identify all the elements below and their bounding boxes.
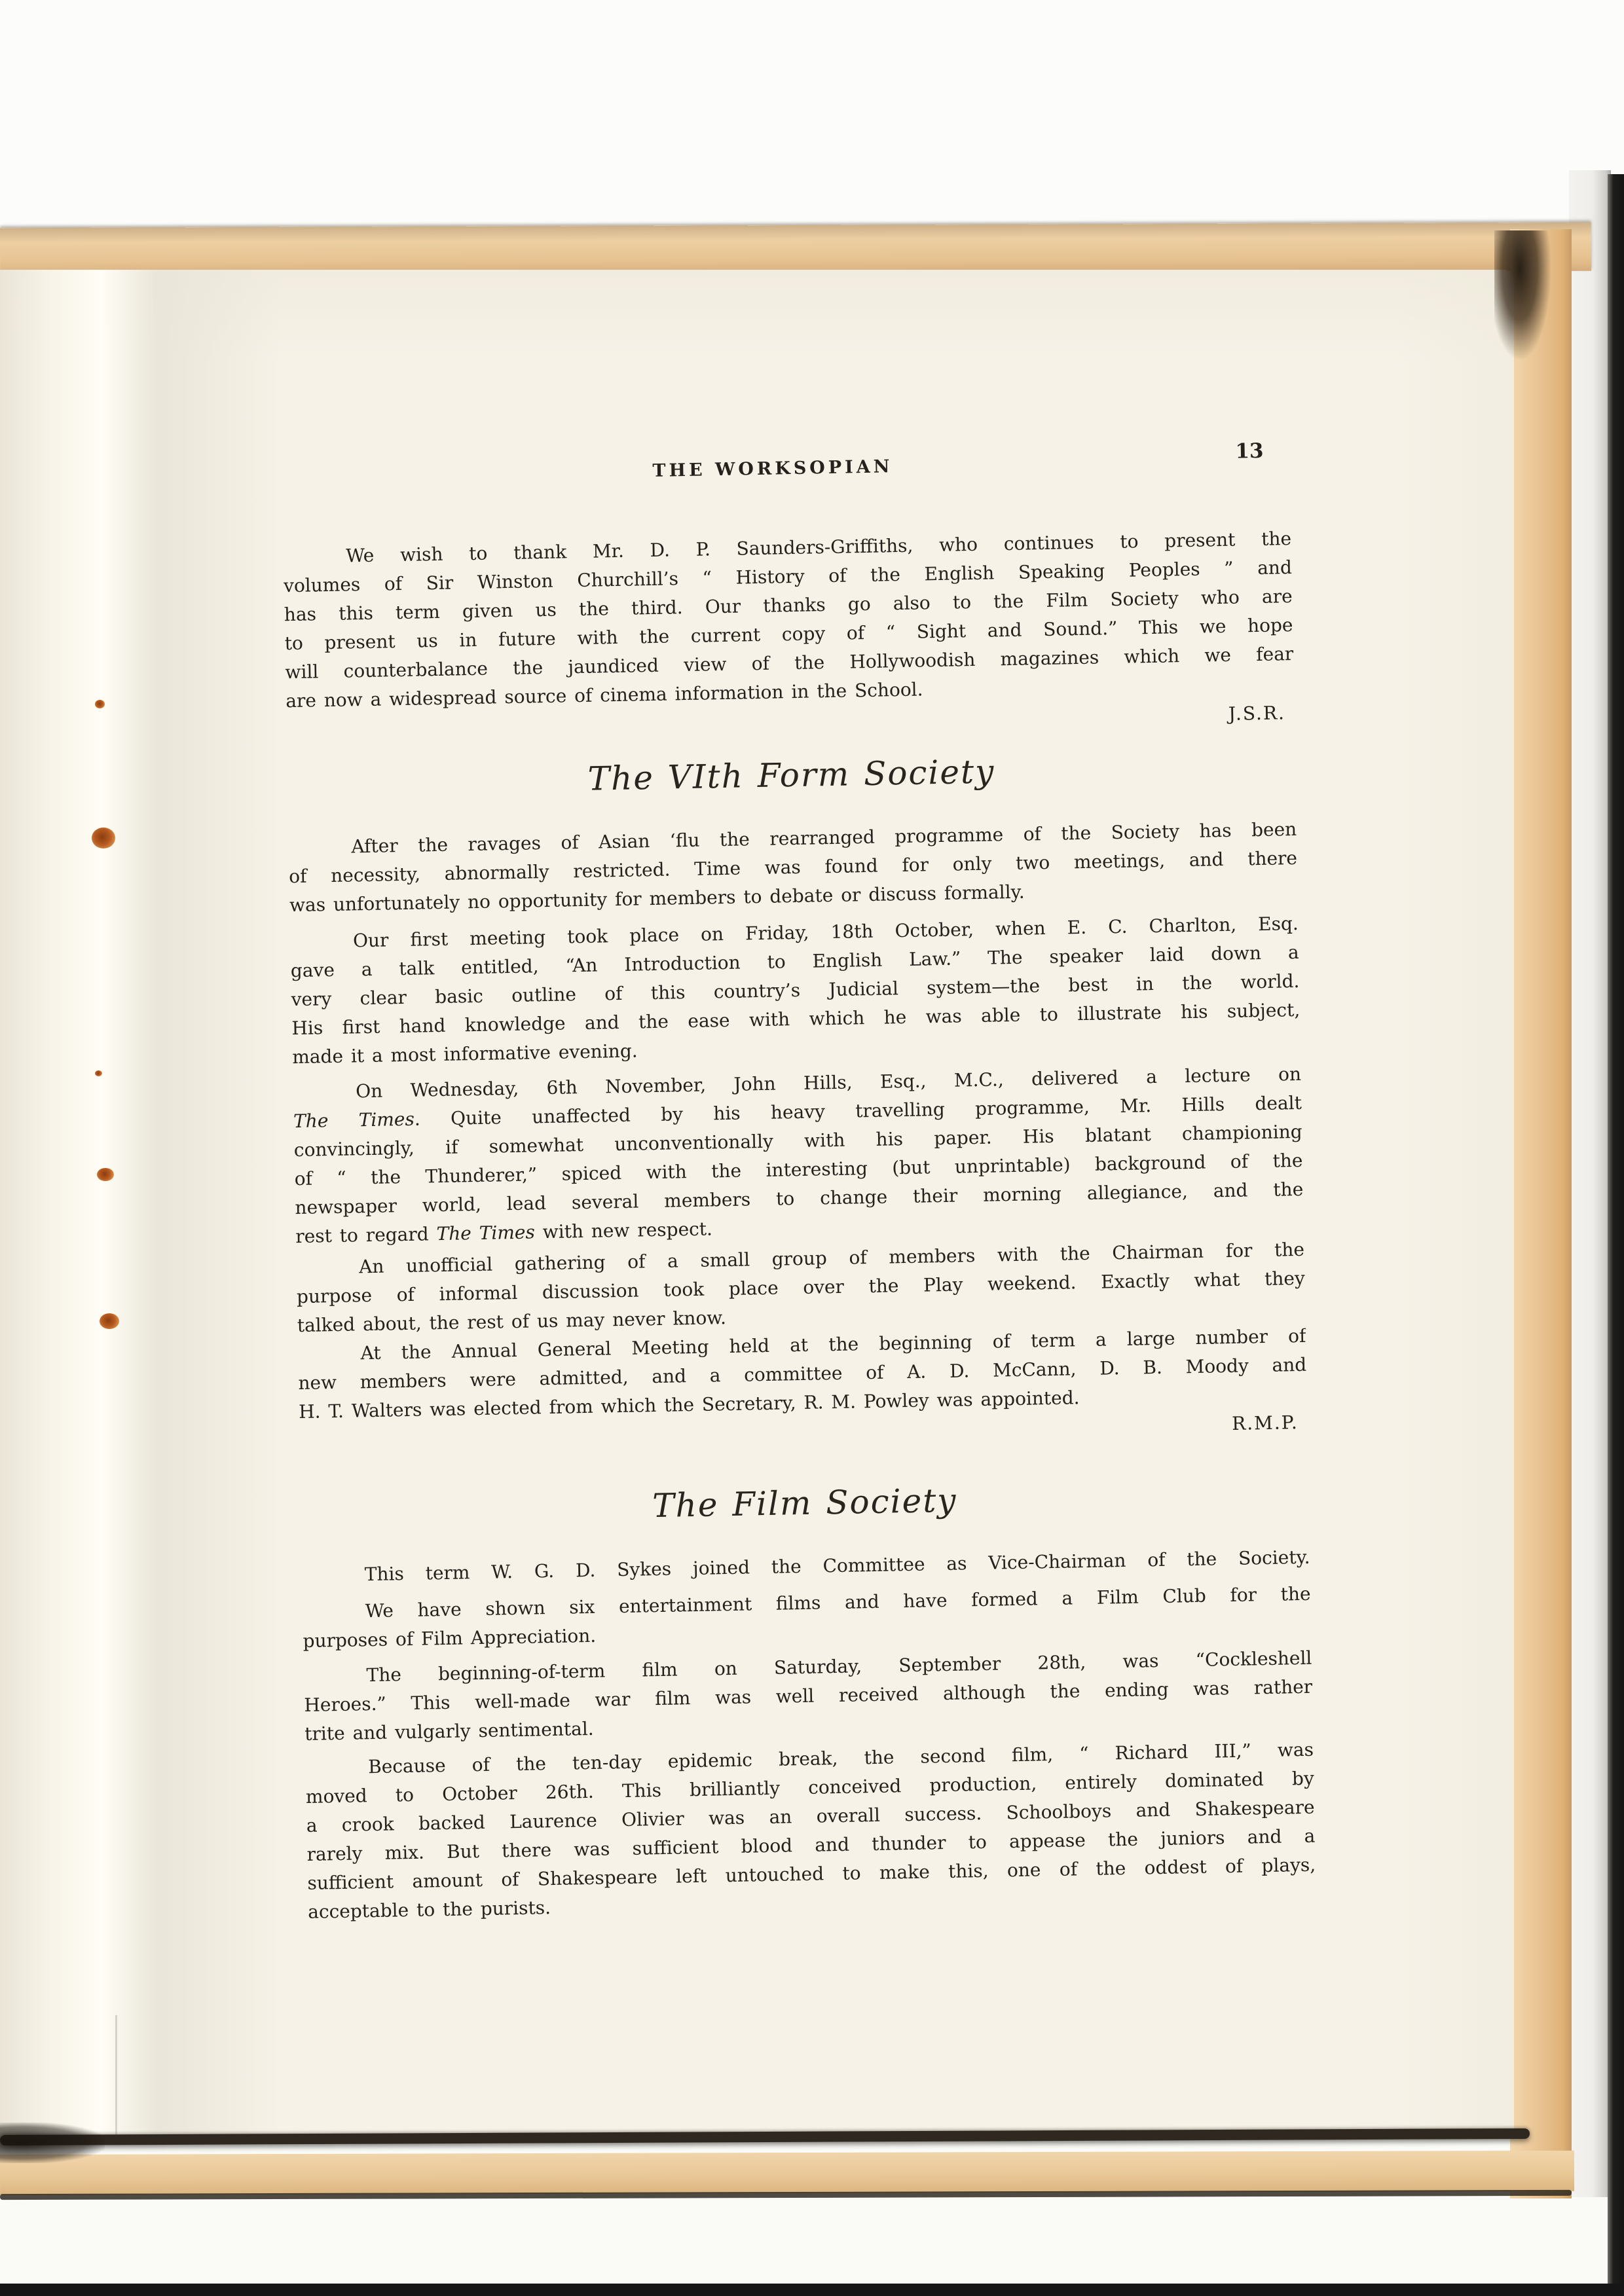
rust-stain [92,828,115,848]
paragraph: After the ravages of Asian ‘flu the rear… [288,815,1298,920]
book-cover-edge-top [0,223,1591,276]
rust-stain [100,1313,119,1329]
page-number: 13 [1235,436,1264,467]
page-content: THE WORKSOPIAN 13 We wish to thank Mr. D… [282,445,1317,1927]
scanner-bed-top [0,0,1624,228]
paragraph: On Wednesday, 6th November, John Hills, … [293,1060,1304,1251]
gutter-crease [115,2015,117,2137]
scanner-bed-bottom [0,2197,1624,2296]
scanner-bed-right [1569,170,1611,2296]
book-cover-edge-right [1510,229,1572,2198]
paragraph: Our first meeting took place on Friday, … [290,909,1301,1072]
scan-edge-right [1608,174,1624,2296]
page-bottom-shadow-wedge [0,2123,105,2163]
paragraph: We have shown six entertainment films an… [302,1580,1311,1656]
book-cover-edge-bottom [0,2151,1574,2195]
section-heading-vith-form-society: The VIth Form Society [287,742,1296,809]
paragraph: The beginning-of-term film on Saturday, … [303,1644,1313,1749]
paragraph: We wish to thank Mr. D. P. Saunders-Grif… [283,524,1295,716]
body-text: We wish to thank Mr. D. P. Saunders-Grif… [283,524,1316,1927]
rust-stain [95,700,105,708]
rust-stain [97,1168,114,1181]
scan-edge-bottom [0,2284,1624,2296]
rust-stain [95,1070,102,1076]
section-heading-film-society: The Film Society [300,1470,1309,1537]
page-corner-stain [1494,230,1551,359]
paragraph: Because of the ten-day epidemic break, t… [305,1736,1317,1927]
